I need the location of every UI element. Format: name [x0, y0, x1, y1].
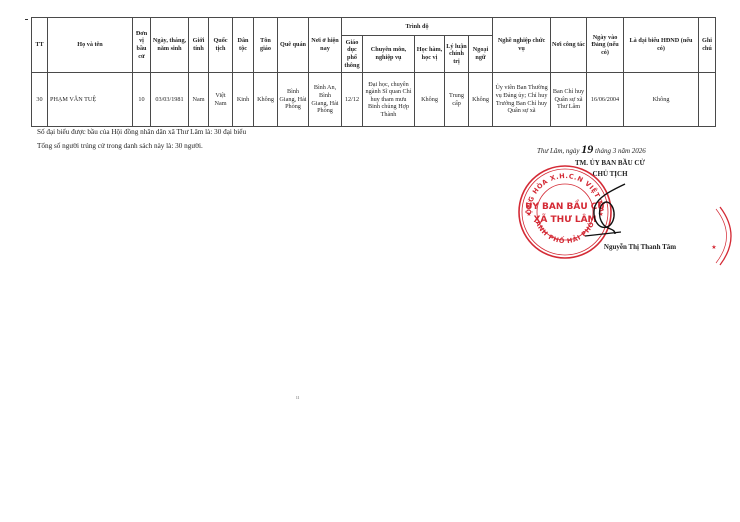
- header-delegate: Là đại biểu HĐND (nếu có): [624, 18, 699, 73]
- signing-day: 19: [581, 142, 593, 156]
- signing-date: Thư Lâm, ngày 19 tháng 3 năm 2026: [505, 142, 740, 157]
- header-specialty: Chuyên môn, nghiệp vụ: [363, 36, 415, 73]
- svg-text:★: ★: [711, 244, 716, 251]
- cell-delegate: Không: [624, 73, 699, 127]
- cell-hometown: Bình Giang, Hải Phòng: [278, 73, 309, 127]
- cell-dob: 03/03/1981: [151, 73, 189, 127]
- header-education-group: Trình độ: [342, 18, 493, 36]
- partial-seal-icon: ★: [700, 205, 740, 267]
- header-degree: Học hàm, học vị: [415, 36, 445, 73]
- header-ethnicity: Dân tộc: [233, 18, 254, 73]
- header-note: Ghi chú: [699, 18, 716, 73]
- note-elected-total: Tổng số người trúng cử trong danh sách n…: [37, 142, 203, 150]
- header-workplace: Nơi công tác: [551, 18, 587, 73]
- header-unit: Đơn vị bầu cử: [133, 18, 151, 73]
- cell-occupation: Ủy viên Ban Thường vụ Đảng ủy; Chỉ huy T…: [493, 73, 551, 127]
- cell-gender: Nam: [189, 73, 209, 127]
- cell-tt: 30: [32, 73, 48, 127]
- header-politics: Lý luận chính trị: [445, 36, 469, 73]
- cell-degree: Không: [415, 73, 445, 127]
- header-general-edu: Giáo dục phổ thông: [342, 36, 363, 73]
- header-religion: Tôn giáo: [254, 18, 278, 73]
- note-delegate-count: Số đại biểu được bầu của Hội đồng nhân d…: [37, 128, 246, 136]
- scan-mark: ıı: [296, 395, 299, 401]
- cell-name: PHẠM VĂN TUỆ: [48, 73, 133, 127]
- cell-residence: Bình An, Bình Giang, Hải Phòng: [309, 73, 342, 127]
- cell-religion: Không: [254, 73, 278, 127]
- cell-unit: 10: [133, 73, 151, 127]
- header-residence: Nơi ở hiện nay: [309, 18, 342, 73]
- cell-ethnicity: Kinh: [233, 73, 254, 127]
- scan-edge-mark: [25, 19, 28, 20]
- cell-note: [699, 73, 716, 127]
- header-hometown: Quê quán: [278, 18, 309, 73]
- table-row: 30 PHẠM VĂN TUỆ 10 03/03/1981 Nam Việt N…: [32, 73, 716, 127]
- svg-text:★: ★: [526, 211, 531, 218]
- cell-nationality: Việt Nam: [209, 73, 233, 127]
- header-party-date: Ngày vào Đảng (nếu có): [587, 18, 624, 73]
- header-dob: Ngày, tháng, năm sinh: [151, 18, 189, 73]
- header-tt: TT: [32, 18, 48, 73]
- header-name: Họ và tên: [48, 18, 133, 73]
- signature-icon: [585, 180, 635, 240]
- candidate-table: TT Họ và tên Đơn vị bầu cử Ngày, tháng, …: [31, 17, 716, 127]
- cell-language: Không: [469, 73, 493, 127]
- cell-general-edu: 12/12: [342, 73, 363, 127]
- header-occupation: Nghề nghiệp chức vụ: [493, 18, 551, 73]
- header-language: Ngoại ngữ: [469, 36, 493, 73]
- cell-specialty: Đại học, chuyên ngành Sĩ quan Chỉ huy th…: [363, 73, 415, 127]
- header-gender: Giới tính: [189, 18, 209, 73]
- cell-politics: Trung cấp: [445, 73, 469, 127]
- cell-workplace: Ban Chỉ huy Quân sự xã Thư Lâm: [551, 73, 587, 127]
- header-nationality: Quốc tịch: [209, 18, 233, 73]
- cell-party-date: 16/06/2004: [587, 73, 624, 127]
